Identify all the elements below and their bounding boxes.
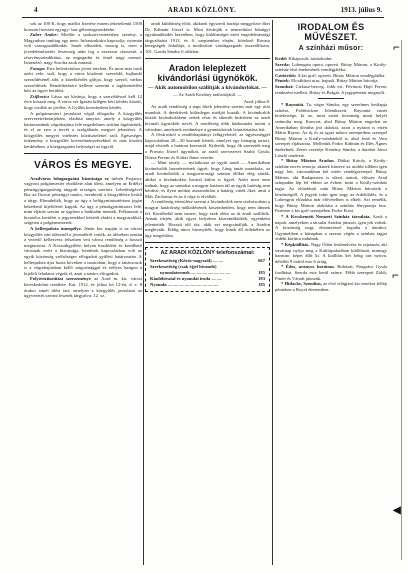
issue-date: 1913. július 9.	[341, 6, 382, 14]
column-3: IRODALOM ÉS MŰVÉSZET. A színházi műsor: …	[275, 21, 387, 561]
paragraph: * Édes, aranyos barátom. Bohózat, Pongrá…	[275, 264, 387, 281]
paragraph: * A Kecskeméti Nemzeti Színház társulata…	[275, 214, 387, 242]
phone-row: Nyomda — — — — — — — — —185	[150, 282, 265, 288]
column-divider-1	[143, 20, 144, 565]
section-title-irodalom: IRODALOM ÉS MŰVÉSZET.	[275, 22, 387, 42]
paragraph: * Rayonitá. Ta, végre Sándor, egy szerel…	[275, 102, 387, 158]
article-rule	[145, 58, 270, 59]
paragraph: A polgármesteri javaslatot végül elfogad…	[24, 111, 142, 150]
column-divider-2	[272, 20, 273, 565]
paragraph: Az aradi rendőrség a napi hírek jelentés…	[145, 104, 270, 132]
paragraph: — Mint tavaly — nyilatkozta az egyik ara…	[145, 160, 270, 199]
phone-box-title: AZ ARADI KÖZLÖNY telefonszámai:	[150, 251, 265, 257]
schedule-item: Szombat: Cirkusz-herceg. Jobb est. Fővár…	[275, 84, 387, 95]
article-source: — Az Aradi Közlöny tudósítójától. —	[145, 92, 270, 98]
paragraph: Aradváros bűngazgatási bizottsága ez üté…	[24, 176, 142, 226]
paragraph: * Bittay Márton Aradon. Dátkai Károly, a…	[275, 158, 387, 214]
section-rule	[24, 153, 142, 154]
telephone-numbers-box: AZ ARADI KÖZLÖNY telefonszámai: Szerkesz…	[145, 247, 270, 293]
article-subtitle: — Akik automobilon szállítják a kivándor…	[145, 85, 270, 92]
paragraph: A kellerpalota ünnepélye. Jénán kor napj…	[24, 226, 142, 276]
paragraph: Folyóviztisztítási szerzeménye az Arad m…	[24, 276, 142, 298]
paragraph: Zsifkovicz Lássa azt kívánja, hogy a sze…	[24, 94, 142, 111]
article-title: Aradon leleplezett kivándorlási ügynökök…	[145, 63, 270, 83]
paragraph: * Hitlacke, Szemlius, az első világjáró …	[275, 281, 387, 292]
scan-edge-line	[401, 40, 402, 560]
column-1: sok az 100 K, hogy maffiri fizetése esne…	[24, 21, 142, 561]
paragraph: A fővárosból a rendőrkapitányi felügyele…	[145, 132, 270, 160]
paragraph: sok az 100 K, hogy maffiri fizetése esne…	[24, 21, 142, 32]
paragraph: * Képkiállítás. Nagy Ödön festőművész és…	[275, 242, 387, 264]
schedule-item: Szerda: Lohengrin opera, operett. Bittay…	[275, 62, 387, 73]
newspaper-title: ARADI KÖZLÖNY.	[22, 6, 382, 14]
separator	[318, 98, 344, 99]
scan-marker-icon: ⌐	[392, 268, 399, 283]
subsection-title-theatre: A színházi műsor:	[275, 44, 387, 54]
newspaper-page: 4 ARADI KÖZLÖNY. 1913. július 9. sok az …	[0, 0, 408, 572]
section-title-varos-es-megye: VÁROS ÉS MEGYE.	[24, 160, 142, 172]
paragraph: A rendőrség értesülése szerint a kivándo…	[145, 199, 270, 238]
scan-marker-icon: ⌐	[393, 40, 400, 55]
paragraph: aradi küldöttség előtt, akiknek egyszerű…	[145, 21, 270, 55]
scan-marker-icon: ◀	[393, 505, 401, 516]
column-2: aradi küldöttség előtt, akiknek egyszerű…	[145, 21, 270, 561]
theatre-schedule: Kedd: Kikapcsolt, tartózkodni. Szerda: L…	[275, 56, 387, 95]
paragraph: Zuber Andor: Mielőtt a szokszivvezetéshe…	[24, 32, 142, 66]
header-rule	[22, 17, 384, 18]
box-rule	[145, 242, 270, 243]
paragraph: Farago: Erre beleráváshoz jöven értelem.…	[24, 66, 142, 94]
